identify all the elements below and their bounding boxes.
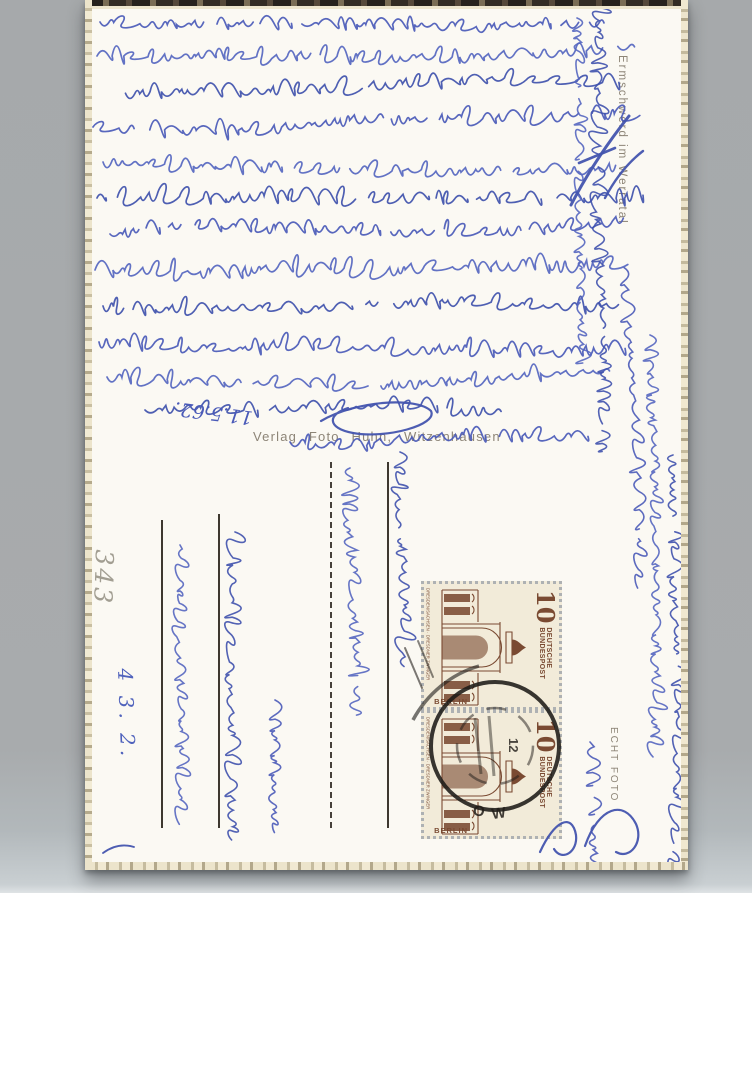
white-margin: [0, 893, 752, 1072]
postcard-top-edge-cream: [85, 6, 688, 9]
handwriting-stroke: [107, 364, 610, 391]
postmark: OW 12: [405, 660, 585, 840]
deckle-edge-left: [85, 0, 92, 870]
scanned-postcard-page: Ermschwerd im Werratal Verlag Foto Huhn,…: [0, 0, 752, 1072]
handwriting-stroke: [103, 155, 616, 177]
address-line-1: [161, 520, 163, 828]
handwriting-stroke: [172, 545, 190, 824]
deckle-edge-bottom: [85, 862, 688, 870]
deckle-edge-right: [681, 0, 688, 870]
handwriting-stroke: [621, 268, 647, 588]
pencil-number: 343: [88, 549, 119, 607]
handwriting-stroke: [643, 335, 667, 757]
postmark-digits: 12: [506, 738, 521, 752]
handwriting-stroke: [97, 184, 643, 206]
publisher-line: Verlag Foto Huhn, Witzenhausen: [253, 429, 501, 444]
handwriting-stroke: [103, 845, 134, 853]
handwriting-stroke: [391, 452, 415, 667]
handwriting-stroke: [95, 253, 628, 281]
handwriting-stroke: [100, 16, 604, 33]
postmark-ring-text: OW: [471, 802, 516, 823]
stamp-value: 10: [535, 590, 555, 623]
handwriting-stroke: [342, 468, 369, 715]
handwriting-stroke: [573, 18, 592, 364]
handwritten-date: 11.5.62.: [142, 393, 254, 428]
side-caption: Ermschwerd im Werratal: [616, 55, 628, 225]
handwriting-stroke: [97, 43, 635, 65]
handwriting-stroke: [225, 532, 246, 840]
handwritten-number: 4 3. 2.: [113, 668, 140, 760]
address-line-3: [387, 462, 389, 828]
svg-text:OW: OW: [471, 802, 516, 823]
echt-foto-mark: ECHT FOTO: [608, 727, 619, 802]
handwriting-stroke: [126, 69, 620, 99]
divider-line-dashed: [330, 462, 332, 828]
address-line-2: [218, 514, 220, 828]
handwriting-stroke: [93, 105, 640, 140]
handwriting-stroke: [110, 217, 623, 237]
handwriting-stroke: [269, 700, 282, 833]
handwriting-stroke: [589, 8, 612, 452]
handwriting-stroke: [587, 742, 603, 870]
handwriting-stroke: [585, 810, 638, 854]
handwriting-stroke: [579, 148, 615, 163]
handwriting-stroke: [99, 333, 626, 358]
postcard: Ermschwerd im Werratal Verlag Foto Huhn,…: [85, 0, 688, 870]
photo-backdrop: Ermschwerd im Werratal Verlag Foto Huhn,…: [0, 0, 752, 893]
handwriting-stroke: [103, 293, 618, 316]
